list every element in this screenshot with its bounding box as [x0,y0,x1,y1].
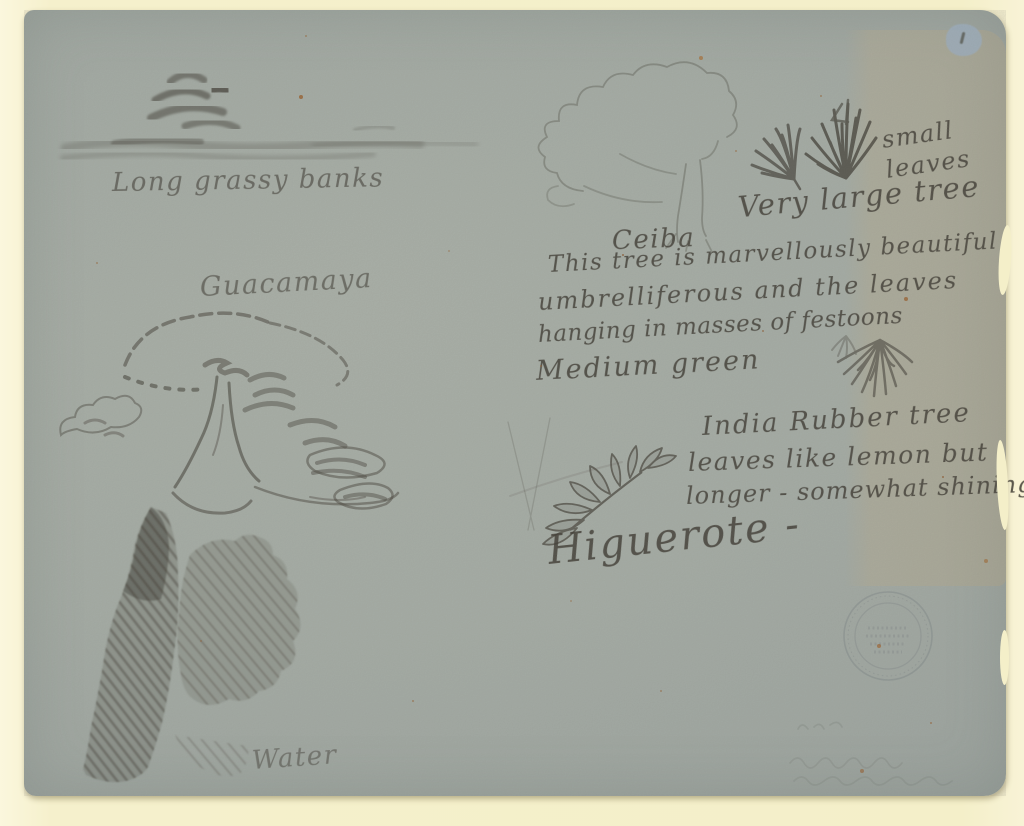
foxing-specks [0,0,2,2]
corner-mark-tick [960,32,966,44]
guacamaya-tree-sketch [55,305,395,795]
scanned-sketch-page: Long grassy banks Guacamaya Ceiba small … [0,0,1024,826]
grassy-banks-sketch [55,60,485,175]
banks-caption: Long grassy banks [112,163,385,198]
festoon-leaf-fan-sketch [828,322,943,407]
collection-stamp [838,586,938,686]
faint-inscription [780,715,995,800]
corner-hinge-mark [946,24,982,56]
water-label: Water [251,740,339,776]
ceiba-tree-sketch [528,36,763,251]
